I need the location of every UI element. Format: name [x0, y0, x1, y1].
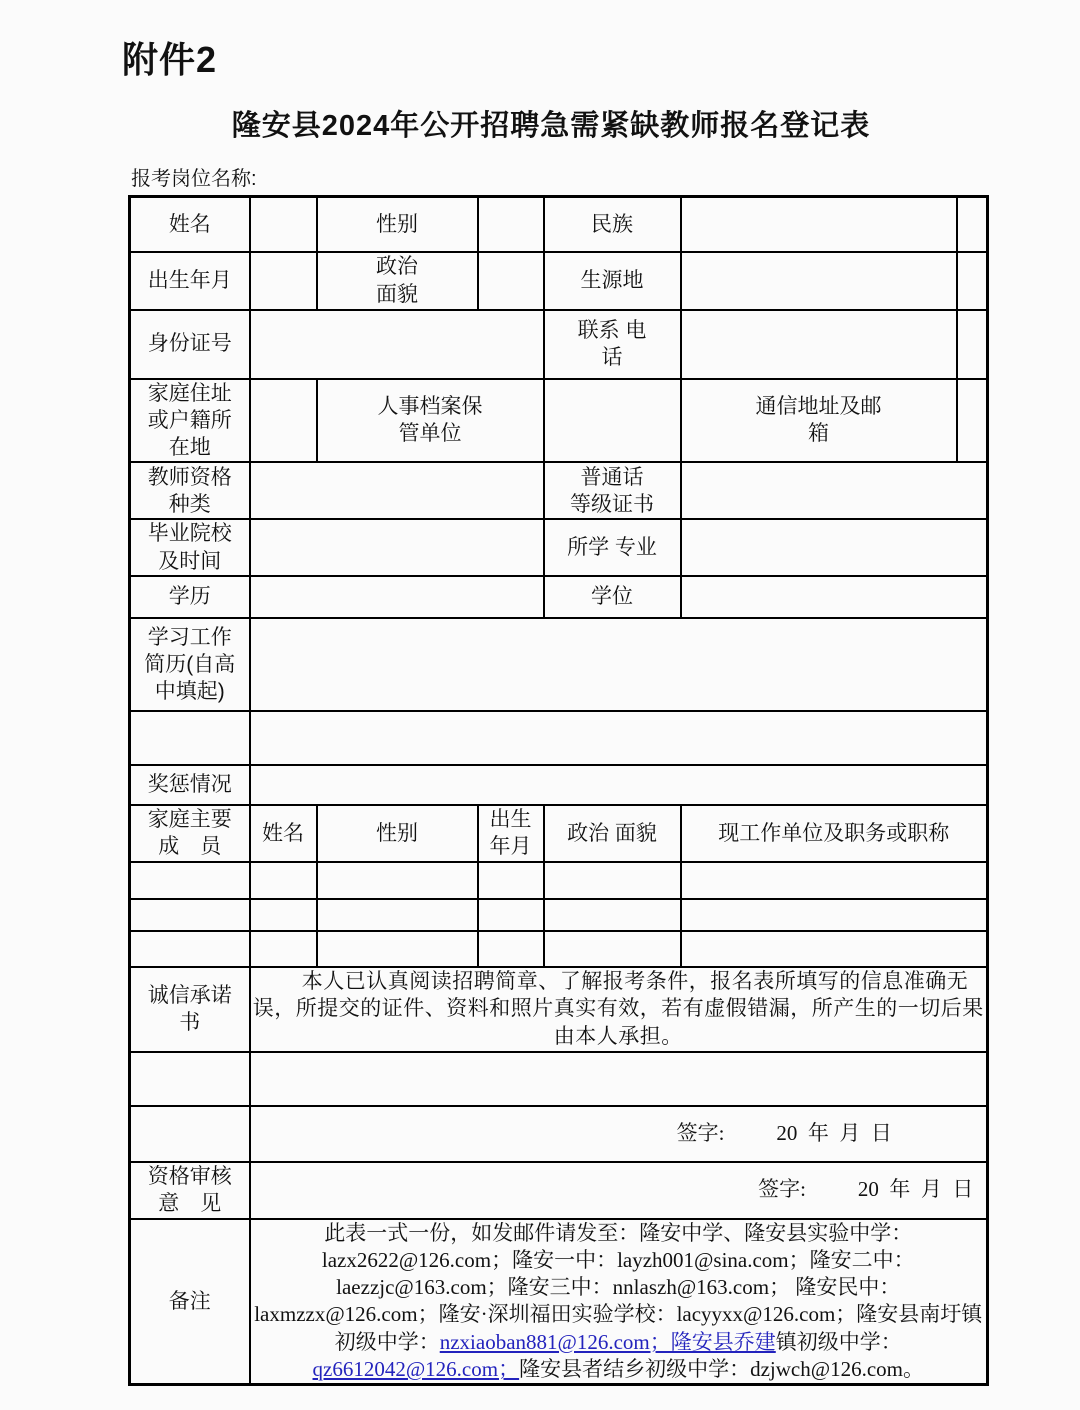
- family-col-name: 姓名: [250, 805, 317, 862]
- label-name: 姓名: [130, 197, 250, 252]
- remark-part3: 隆安县者结乡初级中学：dzjwch@126.com。: [519, 1357, 924, 1381]
- row-remark: 备注 此表一式一份，如发邮件请发至：隆安中学、隆安县实验中学：lazx2622@…: [130, 1219, 988, 1385]
- position-name-label: 报考岗位名称:: [131, 162, 257, 191]
- review-sign-date: 20 年 月 日: [858, 1177, 974, 1201]
- cell-personnel-file-unit-value: [544, 379, 681, 463]
- cell-home-address-value: [250, 379, 317, 463]
- cell-photo-strip-4: [957, 379, 988, 463]
- page-title: 隆安县2024年公开招聘急需紧缺教师报名登记表: [0, 103, 1080, 144]
- applicant-sign-label: 签字:: [677, 1121, 725, 1145]
- family-row1-political: [544, 862, 681, 899]
- row-resume-extra: [130, 711, 988, 765]
- family-row-3: [130, 931, 988, 967]
- remark-email-link-qiaojian[interactable]: qz6612042@126.com；: [313, 1357, 520, 1381]
- row-graduation: 毕业院校 及时间 所学 专业: [130, 519, 988, 576]
- cell-degree-value: [681, 576, 988, 618]
- label-mailing-address: 通信地址及邮 箱: [681, 379, 957, 463]
- cell-resume-extra-value: [250, 711, 988, 765]
- label-graduation-school: 毕业院校 及时间: [130, 519, 250, 576]
- label-rewards: 奖惩情况: [130, 765, 250, 805]
- label-teacher-cert-type: 教师资格 种类: [130, 462, 250, 519]
- family-row1-birth: [478, 862, 544, 899]
- row-address: 家庭住址 或户籍所 在地 人事档案保 管单位 通信地址及邮 箱: [130, 379, 988, 463]
- cell-resume-extra-label: [130, 711, 250, 765]
- family-col-political: 政治 面貌: [544, 805, 681, 862]
- label-degree: 学位: [544, 576, 681, 618]
- cell-origin-place-value: [681, 252, 957, 310]
- family-row-1: [130, 862, 988, 899]
- cell-resume-value: [250, 618, 988, 711]
- row-applicant-signature: 签字:20 年 月 日: [130, 1106, 988, 1162]
- row-teacher-cert: 教师资格 种类 普通话 等级证书: [130, 462, 988, 519]
- family-row3-name: [250, 931, 317, 967]
- label-ethnicity: 民族: [544, 197, 681, 252]
- family-row3-birth: [478, 931, 544, 967]
- family-row3-political: [544, 931, 681, 967]
- row-birth: 出生年月 政治 面貌 生源地: [130, 252, 988, 310]
- applicant-signature-cell: 签字:20 年 月 日: [250, 1106, 988, 1162]
- cell-teacher-cert-type-value: [250, 462, 544, 519]
- family-row3-label: [130, 931, 250, 967]
- label-home-address: 家庭住址 或户籍所 在地: [130, 379, 250, 463]
- row-name: 姓名 性别 民族: [130, 197, 988, 252]
- cell-photo-strip-1: [957, 197, 988, 252]
- family-row-2: [130, 899, 988, 931]
- row-id-number: 身份证号 联系 电 话: [130, 310, 988, 379]
- family-col-gender: 性别: [317, 805, 478, 862]
- label-remark: 备注: [130, 1219, 250, 1385]
- row-rewards: 奖惩情况: [130, 765, 988, 805]
- family-col-birth: 出生 年月: [478, 805, 544, 862]
- label-id-number: 身份证号: [130, 310, 250, 379]
- attachment-label: 附件2: [122, 32, 217, 83]
- label-mandarin-cert: 普通话 等级证书: [544, 462, 681, 519]
- family-row2-name: [250, 899, 317, 931]
- remark-part2: 镇初级中学：: [776, 1330, 902, 1354]
- family-row1-name: [250, 862, 317, 899]
- label-resume: 学习工作 简历(自高 中填起): [130, 618, 250, 711]
- registration-form-table: 姓名 性别 民族 出生年月 政治 面貌 生源地 身份证号 联系 电 话: [128, 195, 989, 1386]
- label-pledge: 诚信承诺 书: [130, 967, 250, 1052]
- remark-text: 此表一式一份，如发邮件请发至：隆安中学、隆安县实验中学：lazx2622@126…: [250, 1219, 988, 1385]
- label-birth-date: 出生年月: [130, 252, 250, 310]
- row-pledge-extra: [130, 1052, 988, 1106]
- label-education: 学历: [130, 576, 250, 618]
- row-education: 学历 学位: [130, 576, 988, 618]
- family-row1-work-unit: [681, 862, 988, 899]
- cell-applicant-signature-label: [130, 1106, 250, 1162]
- family-row2-label: [130, 899, 250, 931]
- family-col-work-unit: 现工作单位及职务或职称: [681, 805, 988, 862]
- family-row2-birth: [478, 899, 544, 931]
- cell-major-value: [681, 519, 988, 576]
- cell-pledge-extra-label: [130, 1052, 250, 1106]
- family-row1-gender: [317, 862, 478, 899]
- family-row2-political: [544, 899, 681, 931]
- label-major: 所学 专业: [544, 519, 681, 576]
- cell-contact-phone-value: [681, 310, 957, 379]
- row-review: 资格审核 意 见 签字:20 年 月 日: [130, 1162, 988, 1219]
- cell-birth-date-value: [250, 252, 317, 310]
- review-sign-label: 签字:: [758, 1177, 806, 1201]
- family-row2-work-unit: [681, 899, 988, 931]
- family-row3-work-unit: [681, 931, 988, 967]
- label-political-status: 政治 面貌: [317, 252, 478, 310]
- cell-rewards-value: [250, 765, 988, 805]
- label-personnel-file-unit: 人事档案保 管单位: [317, 379, 544, 463]
- row-pledge: 诚信承诺 书 本人已认真阅读招聘简章、了解报考条件，报名表所填写的信息准确无误，…: [130, 967, 988, 1052]
- cell-mandarin-cert-value: [681, 462, 988, 519]
- cell-political-status-value: [478, 252, 544, 310]
- cell-pledge-extra-value: [250, 1052, 988, 1106]
- applicant-sign-date: 20 年 月 日: [776, 1121, 892, 1145]
- row-family-header: 家庭主要 成 员 姓名 性别 出生 年月 政治 面貌 现工作单位及职务或职称: [130, 805, 988, 862]
- cell-id-number-value: [250, 310, 544, 379]
- cell-ethnicity-value: [681, 197, 957, 252]
- label-contact-phone: 联系 电 话: [544, 310, 681, 379]
- remark-email-link-nanwei[interactable]: nzxiaoban881@126.com；隆安县乔建: [440, 1330, 776, 1354]
- label-origin-place: 生源地: [544, 252, 681, 310]
- label-gender: 性别: [317, 197, 478, 252]
- cell-education-value: [250, 576, 544, 618]
- cell-gender-value: [478, 197, 544, 252]
- pledge-text: 本人已认真阅读招聘简章、了解报考条件，报名表所填写的信息准确无误，所提交的证件、…: [250, 967, 988, 1052]
- family-row1-label: [130, 862, 250, 899]
- family-row2-gender: [317, 899, 478, 931]
- document-page: 附件2 隆安县2024年公开招聘急需紧缺教师报名登记表 报考岗位名称: 姓名 性…: [0, 0, 1080, 1410]
- cell-photo-strip-3: [957, 310, 988, 379]
- cell-name-value: [250, 197, 317, 252]
- cell-graduation-school-value: [250, 519, 544, 576]
- label-review-opinion: 资格审核 意 见: [130, 1162, 250, 1219]
- label-family-members: 家庭主要 成 员: [130, 805, 250, 862]
- row-resume: 学习工作 简历(自高 中填起): [130, 618, 988, 711]
- review-signature-cell: 签字:20 年 月 日: [250, 1162, 988, 1219]
- cell-photo-strip-2: [957, 252, 988, 310]
- family-row3-gender: [317, 931, 478, 967]
